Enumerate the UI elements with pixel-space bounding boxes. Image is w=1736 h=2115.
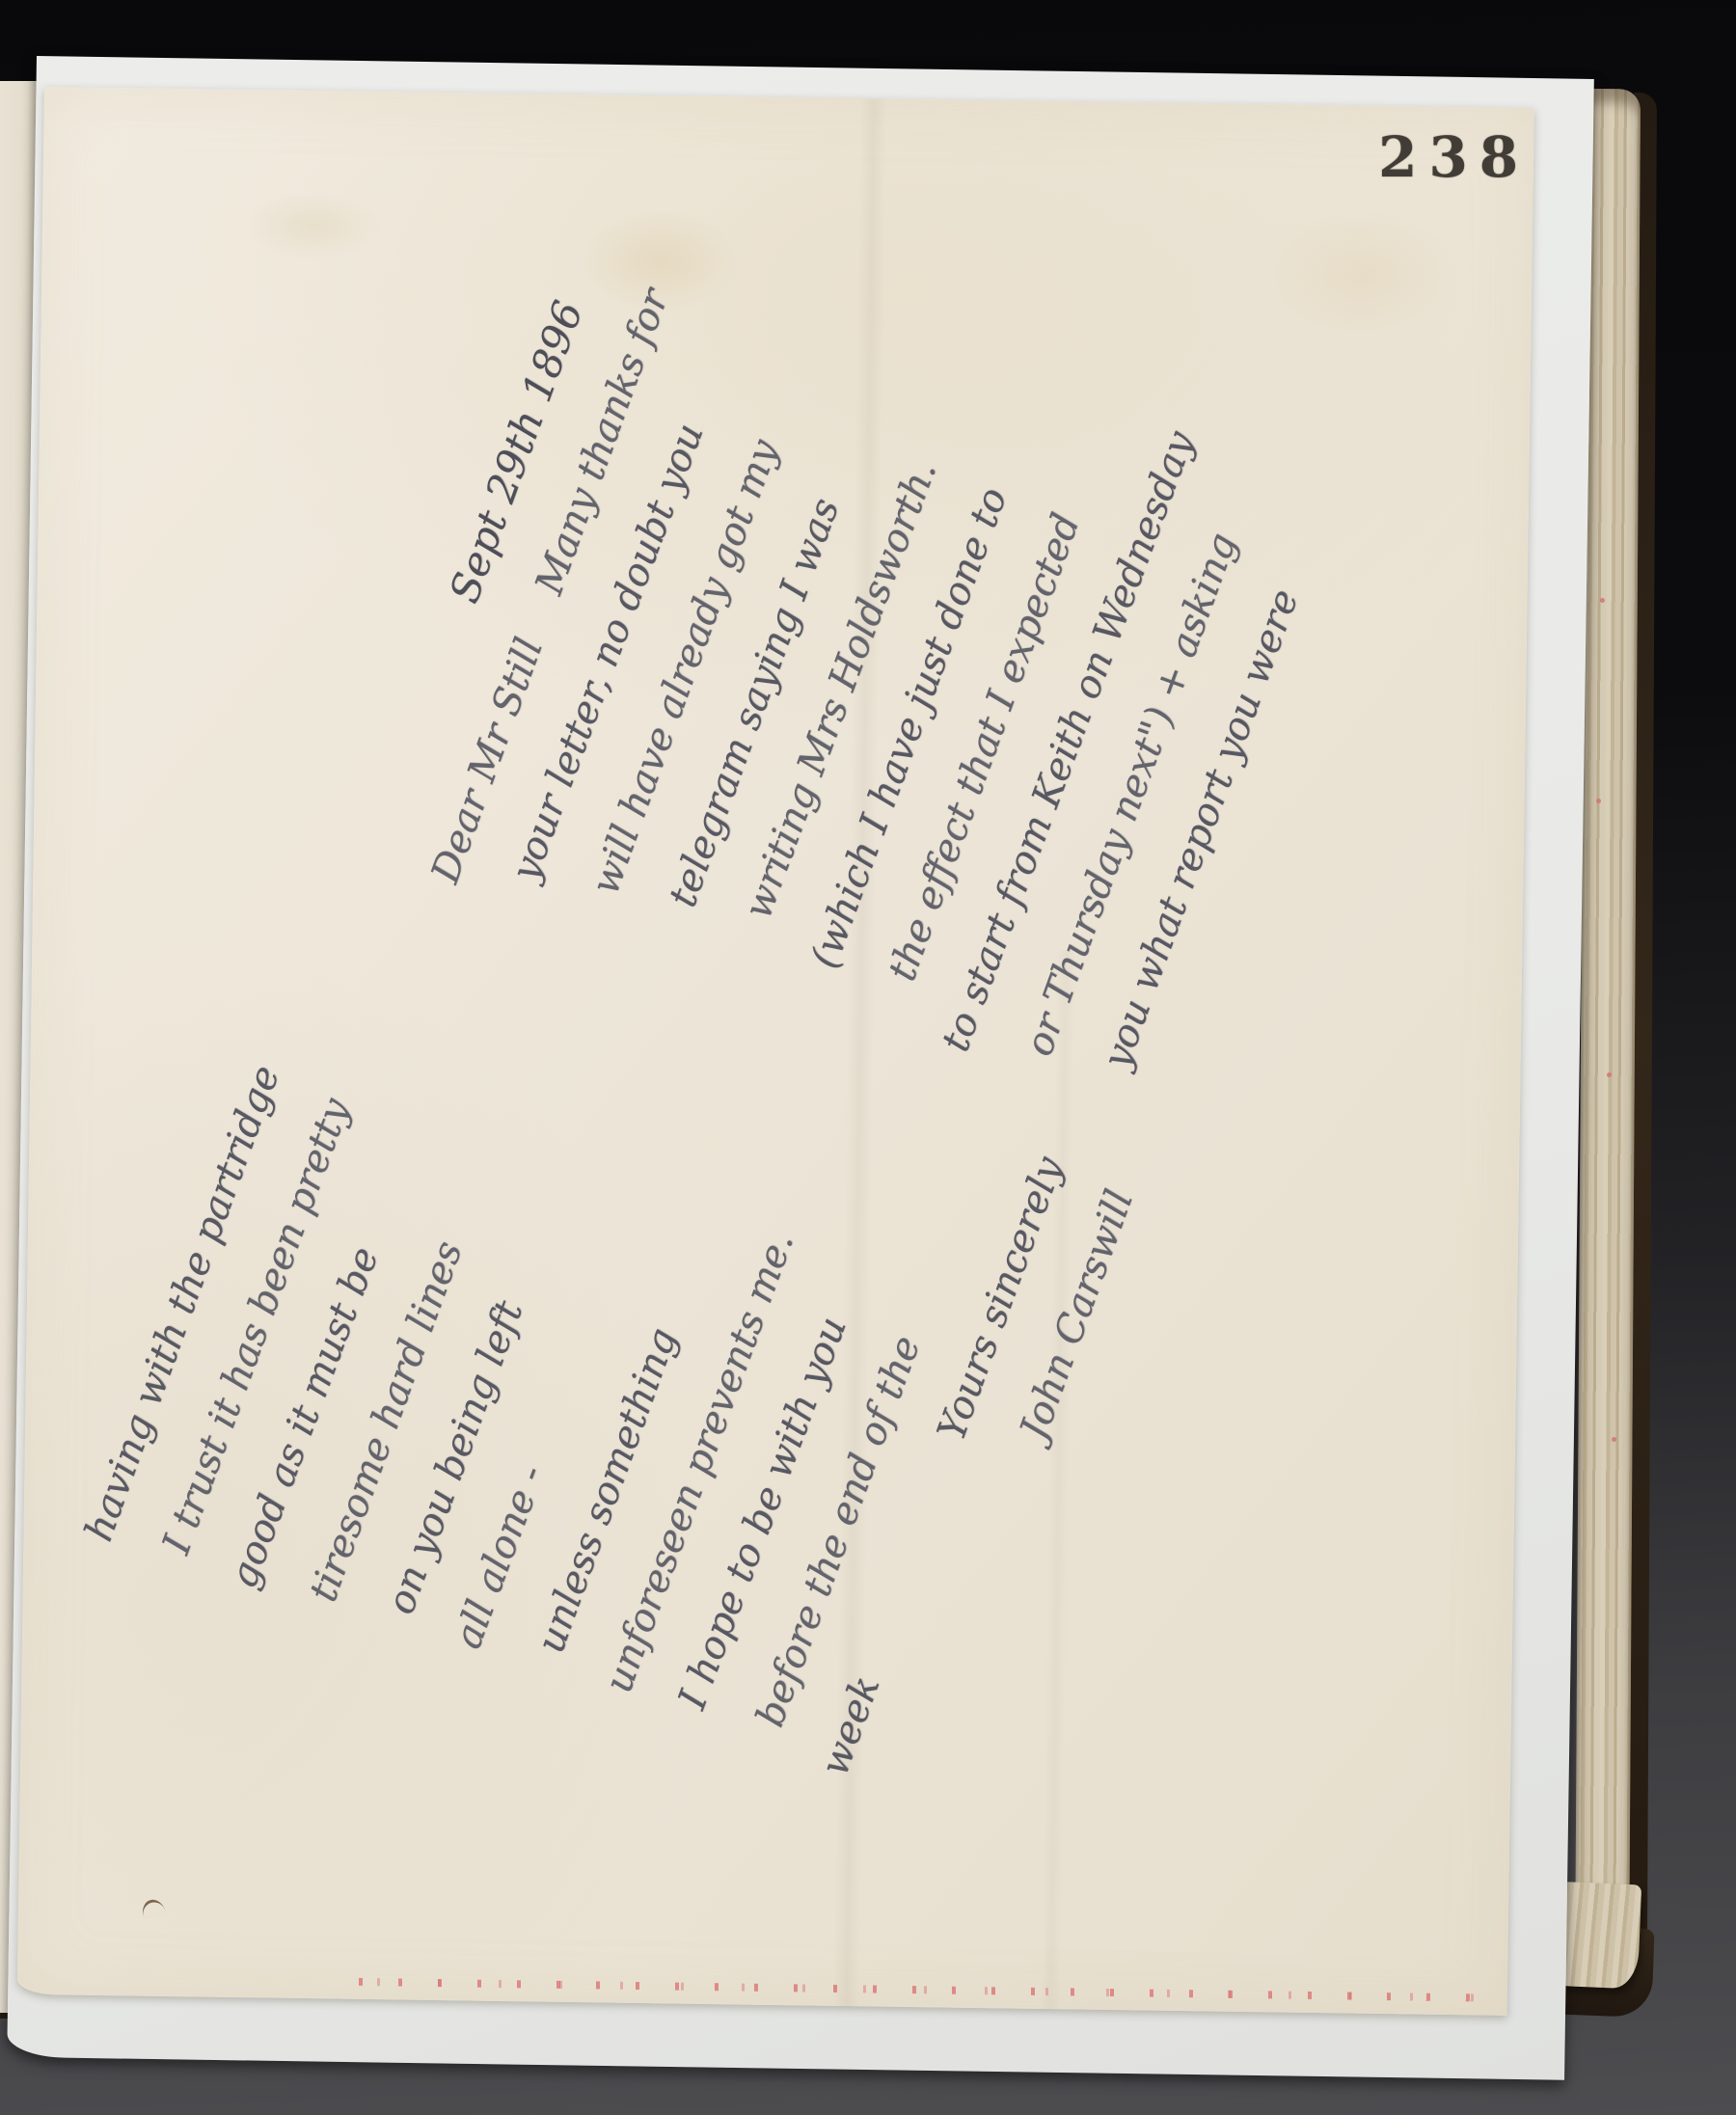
- page-number-stamp: 238: [1378, 122, 1552, 192]
- edge-speck: [1612, 1437, 1616, 1442]
- paper-stain: [1227, 181, 1500, 368]
- edge-specks-row: [359, 1978, 1487, 2002]
- hair-mark: [139, 1897, 166, 1918]
- letter-page2-text: having with the partridge I trust it has…: [58, 936, 1072, 1823]
- letter-sheet: 238 Sept 29th 1896 Dear Mr StillMany tha…: [17, 87, 1534, 2016]
- edge-speck: [1600, 598, 1605, 603]
- paper-stain: [215, 176, 409, 276]
- edge-speck: [1607, 1072, 1612, 1077]
- edge-speck: [1596, 799, 1601, 803]
- letter-page1-text: Sept 29th 1896 Dear Mr StillMany thanks …: [335, 171, 1375, 1130]
- photo-backdrop: 238 Sept 29th 1896 Dear Mr StillMany tha…: [0, 0, 1736, 2115]
